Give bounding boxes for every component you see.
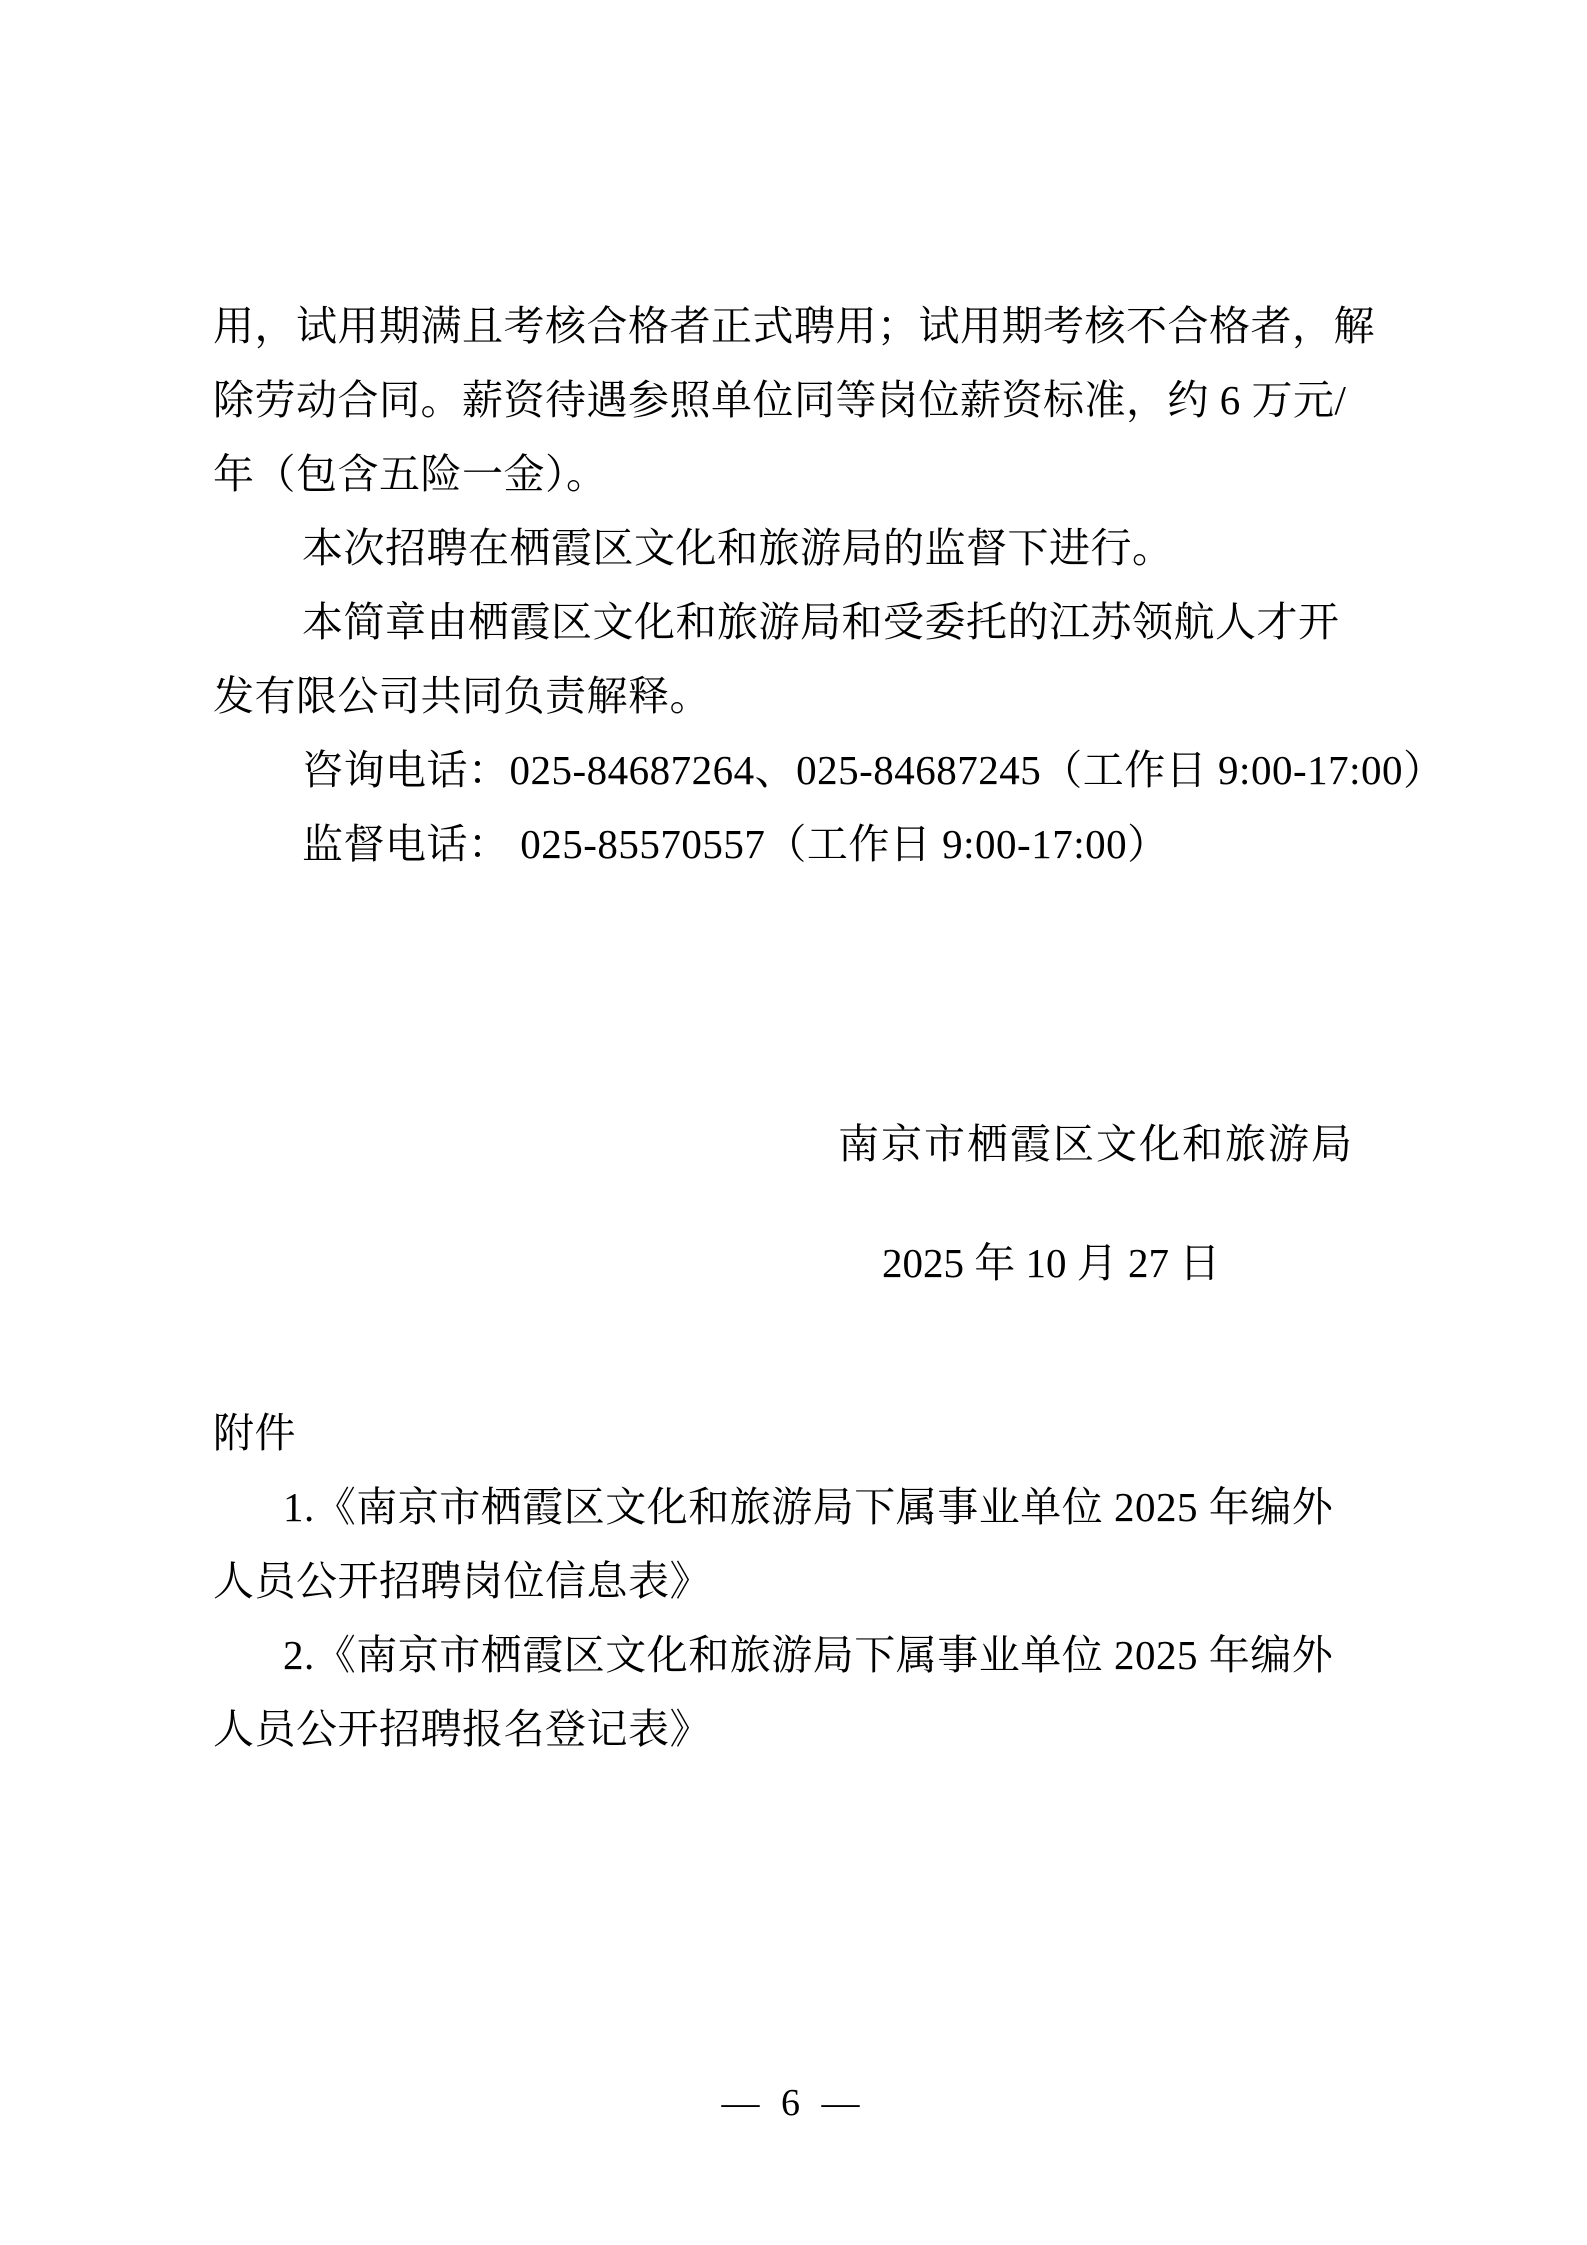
document-page: 用，试用期满且考核合格者正式聘用；试用期考核不合格者，解 除劳动合同。薪资待遇参… — [0, 0, 1587, 2245]
paragraph-line: 年（包含五险一金）。 — [213, 437, 1378, 511]
attachments-label: 附件 — [213, 1396, 1453, 1470]
supervision-phone-line: 监督电话： 025-85570557（工作日 9:00-17:00） — [213, 807, 1378, 881]
attachment-item-1-line-2: 人员公开招聘岗位信息表》 — [213, 1544, 1453, 1618]
paragraph-line: 本次招聘在栖霞区文化和旅游局的监督下进行。 — [213, 511, 1378, 585]
attachments-section: 附件 1.《南京市栖霞区文化和旅游局下属事业单位 2025 年编外 人员公开招聘… — [213, 1396, 1453, 1766]
attachment-item-2-line-2: 人员公开招聘报名登记表》 — [213, 1692, 1453, 1766]
page-number: — 6 — — [0, 2084, 1587, 2122]
paragraph-line: 除劳动合同。薪资待遇参照单位同等岗位薪资标准，约 6 万元/ — [213, 363, 1378, 437]
attachment-item-2-line-1: 2.《南京市栖霞区文化和旅游局下属事业单位 2025 年编外 — [213, 1618, 1453, 1692]
signature-date: 2025 年 10 月 27 日 — [882, 1243, 1220, 1284]
body-text: 用，试用期满且考核合格者正式聘用；试用期考核不合格者，解 除劳动合同。薪资待遇参… — [213, 289, 1378, 881]
attachment-item-1-line-1: 1.《南京市栖霞区文化和旅游局下属事业单位 2025 年编外 — [213, 1470, 1453, 1544]
paragraph-line: 发有限公司共同负责解释。 — [213, 659, 1378, 733]
paragraph-line: 本简章由栖霞区文化和旅游局和受委托的江苏领航人才开 — [213, 585, 1378, 659]
contact-phone-line: 咨询电话：025-84687264、025-84687245（工作日 9:00-… — [213, 733, 1378, 807]
signature-organization: 南京市栖霞区文化和旅游局 — [838, 1124, 1354, 1165]
paragraph-line: 用，试用期满且考核合格者正式聘用；试用期考核不合格者，解 — [213, 289, 1378, 363]
